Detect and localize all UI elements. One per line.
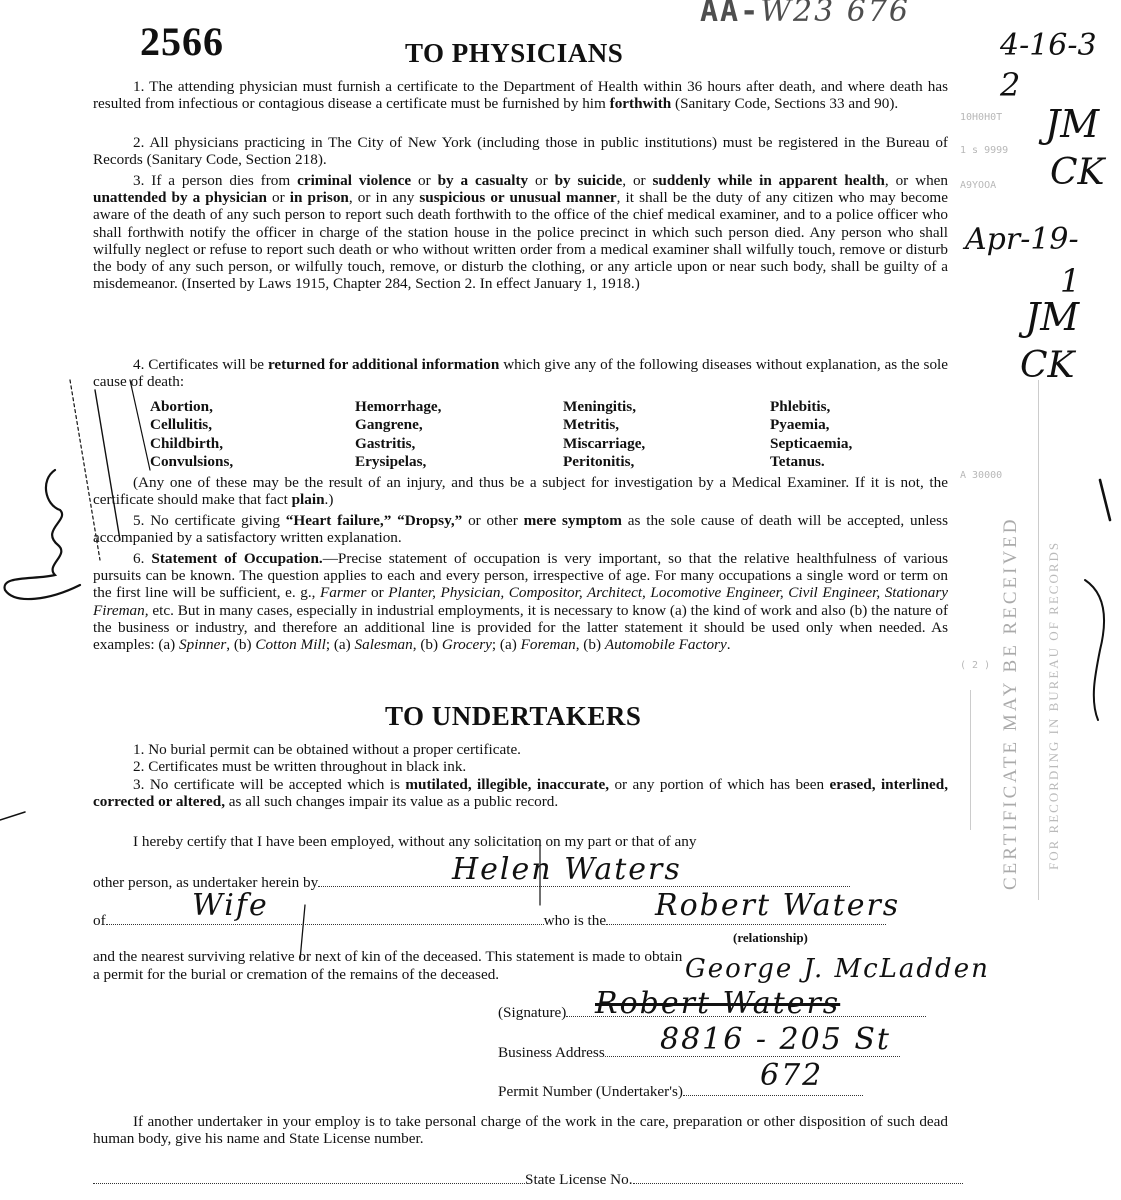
stamp-handwritten: W23 676 [760, 0, 910, 29]
other-undertaker-name-field[interactable] [93, 1182, 525, 1184]
margin-initials-3: JM [1025, 295, 1079, 339]
margin-note-date-2: Apr-19- [965, 222, 1079, 257]
physicians-item-3: 3. If a person dies from criminal violen… [93, 172, 948, 292]
disease-item: Metritis, [563, 416, 770, 434]
physicians-item-1: 1. The attending physician must furnish … [93, 78, 948, 112]
other-undertaker-text: If another undertaker in your employ is … [93, 1113, 948, 1147]
margin-initials-4: CK [1020, 345, 1074, 386]
margin-initials-1: JM [1045, 102, 1099, 146]
employed-by-value: Helen Waters [452, 852, 682, 887]
bleed-through-text: ( 2 ) [960, 660, 990, 671]
disease-item: Childbirth, [150, 435, 355, 453]
vertical-stamp: CERTIFICATE MAY BE RECEIVED [1000, 517, 1022, 891]
disease-item: Peritonitis, [563, 453, 770, 471]
physicians-item-6: 6. Statement of Occupation.—Precise stat… [93, 550, 948, 653]
bleed-through-text: A9YOOA [960, 180, 996, 191]
bleed-through-text: 1 s 9999 [960, 145, 1008, 156]
certification-text: I hereby certify that I have been employ… [93, 833, 948, 850]
disease-item: Gangrene, [355, 416, 563, 434]
who-is-label: who is the [544, 912, 606, 930]
relationship-label: (relationship) [733, 930, 808, 946]
disease-item: Hemorrhage, [355, 398, 563, 416]
margin-initials-2: CK [1050, 152, 1104, 193]
disease-item: Phlebitis, [770, 398, 890, 416]
undertakers-heading: TO UNDERTAKERS [385, 701, 641, 732]
of-label: of [93, 912, 106, 930]
disease-list: Abortion, Hemorrhage, Meningitis, Phlebi… [150, 398, 890, 472]
physicians-item-5: 5. No certificate giving “Heart failure,… [93, 512, 948, 546]
bleed-through-text: 10H0H0T [960, 112, 1002, 123]
disease-item: Convulsions, [150, 453, 355, 471]
disease-item: Erysipelas, [355, 453, 563, 471]
margin-note-date: 4-16-3 [1000, 28, 1097, 63]
disease-item: Meningitis, [563, 398, 770, 416]
disease-item: Miscarriage, [563, 435, 770, 453]
business-address-label: Business Address [498, 1044, 605, 1062]
right-margin-mark [1085, 580, 1104, 720]
of-value: Wife [192, 888, 269, 923]
physicians-item-2: 2. All physicians practicing in The City… [93, 134, 948, 168]
undertaker-handwritten-name: George J. McLadden [685, 954, 990, 984]
undertakers-item-2: 2. Certificates must be written througho… [93, 758, 948, 775]
stamp-printed: AA- [700, 0, 760, 29]
permit-number-label: Permit Number (Undertaker's) [498, 1083, 683, 1101]
business-address-value: 8816 - 205 St [660, 1022, 891, 1057]
physicians-item-4: 4. Certificates will be returned for add… [93, 356, 948, 390]
signature-value: Robert Waters [595, 986, 840, 1021]
disease-item: Tetanus. [770, 453, 890, 471]
state-license-row: State License No. [93, 1171, 963, 1189]
permit-number-field[interactable] [683, 1094, 863, 1096]
vertical-stamp-2: FOR RECORDING IN BUREAU OF RECORDS [1046, 541, 1062, 870]
state-license-field[interactable] [633, 1182, 963, 1184]
disease-item: Gastritis, [355, 435, 563, 453]
of-field[interactable] [106, 923, 544, 925]
state-license-label: State License No. [525, 1171, 633, 1189]
form-number: 2566 [140, 18, 224, 65]
signature-label: (Signature) [498, 1004, 566, 1022]
top-stamp: AA-W23 676 [700, 0, 910, 29]
undertakers-item-1: 1. No burial permit can be obtained with… [93, 741, 948, 758]
disease-item: Cellulitis, [150, 416, 355, 434]
disease-item: Abortion, [150, 398, 355, 416]
physicians-heading: TO PHYSICIANS [405, 38, 623, 69]
disease-item: Septicaemia, [770, 435, 890, 453]
disease-item: Pyaemia, [770, 416, 890, 434]
undertakers-item-3: 3. No certificate will be accepted which… [93, 776, 948, 810]
physicians-item-4-note: (Any one of these may be the result of a… [93, 474, 948, 508]
margin-note-count: 2 [1000, 66, 1020, 104]
bleed-through-text: A 30000 [960, 470, 1002, 481]
permit-number-value: 672 [760, 1058, 823, 1093]
who-is-value: Robert Waters [655, 888, 900, 923]
left-margin-signature [5, 470, 80, 599]
who-is-field[interactable] [606, 923, 886, 925]
